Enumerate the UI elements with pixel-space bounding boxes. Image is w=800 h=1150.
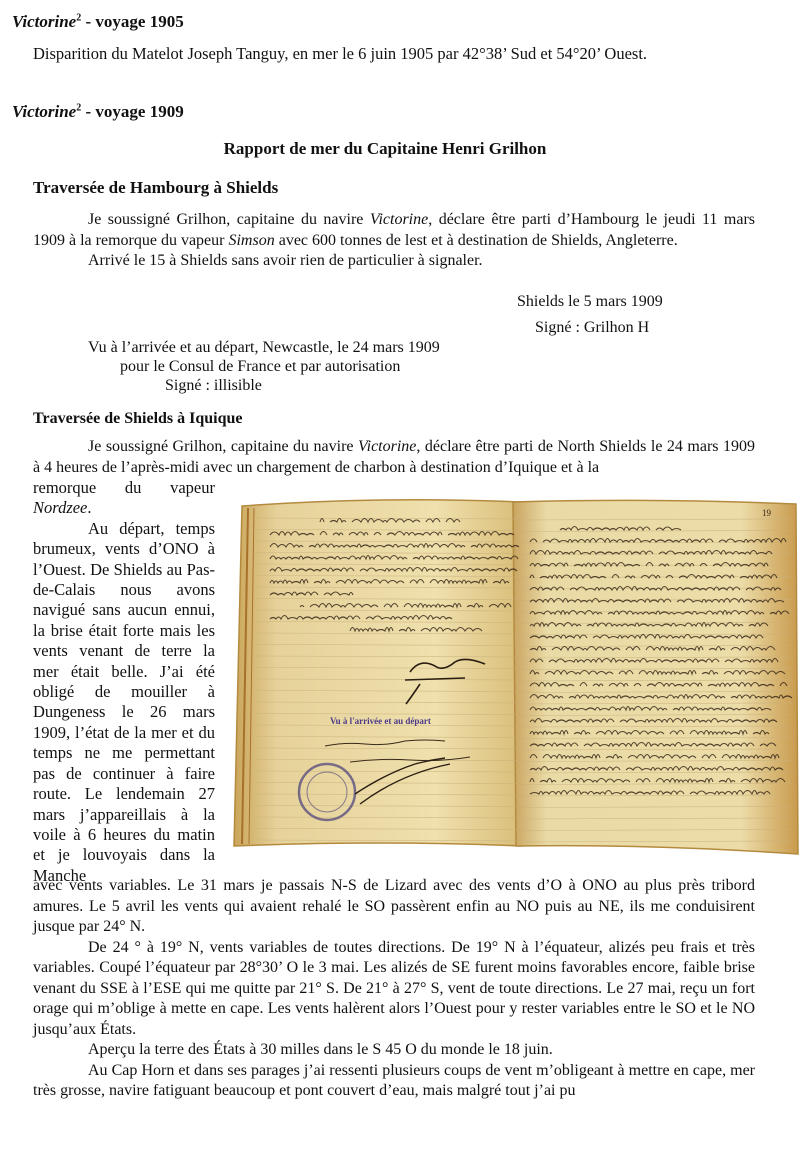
paragraph: De 24 ° à 19° N, vents variables de tout… [33, 938, 755, 1041]
paragraph: Au Cap Horn et dans ses parages j’ai res… [33, 1061, 755, 1102]
paragraph: Nordzee. [33, 498, 215, 518]
section-shields-iquique-title: Traversée de Shields à Iquique [33, 410, 243, 428]
voyage-title: - voyage 1905 [81, 12, 183, 31]
section-shields-iquique-narrow-column: remorque du vapeur Nordzee. Au départ, t… [33, 478, 215, 886]
paragraph: avec vents variables. Le 31 mars je pass… [33, 876, 755, 938]
ship-name: Victorine [12, 102, 76, 121]
visa-line-1: Vu à l’arrivée et au départ, Newcastle, … [88, 338, 440, 358]
paragraph: Aperçu la terre des États à 30 milles da… [33, 1040, 755, 1061]
section-hambourg-shields-title: Traversée de Hambourg à Shields [33, 178, 278, 198]
logbook-photo: Vu à l'arrivée et au départ 19 [230, 494, 800, 864]
voyage-title: - voyage 1909 [81, 102, 183, 121]
tug-name: Nordzee [33, 498, 87, 517]
signature-place-date: Shields le 5 mars 1909 [517, 292, 663, 312]
text: Je soussigné Grilhon, capitaine du navir… [88, 211, 370, 228]
paragraph: Je soussigné Grilhon, capitaine du navir… [33, 437, 755, 478]
page-number: 19 [762, 508, 772, 518]
text: avec 600 tonnes de lest et à destination… [275, 232, 678, 249]
paragraph: remorque du vapeur [33, 478, 215, 498]
ship-name: Victorine [12, 12, 76, 31]
signature-name: Signé : Grilhon H [535, 318, 649, 338]
ship-name: Victorine [370, 211, 428, 228]
text: . [87, 498, 91, 517]
report-title: Rapport de mer du Capitaine Henri Grilho… [0, 139, 770, 159]
visa-line-3: Signé : illisible [165, 376, 262, 396]
voyage-1905-heading: Victorine2 - voyage 1905 [12, 12, 184, 32]
tug-name: Simson [228, 232, 274, 249]
voyage-1905-text: Disparition du Matelot Joseph Tanguy, en… [33, 44, 647, 64]
paragraph: Je soussigné Grilhon, capitaine du navir… [33, 210, 755, 251]
svg-text:Vu à l'arrivée et au départ: Vu à l'arrivée et au départ [330, 716, 431, 726]
text: remorque du vapeur [33, 478, 215, 497]
section-hambourg-shields-body: Je soussigné Grilhon, capitaine du navir… [33, 210, 755, 272]
ship-name: Victorine [358, 438, 416, 455]
visa-line-2: pour le Consul de France et par autorisa… [120, 357, 400, 377]
section-shields-iquique-body: avec vents variables. Le 31 mars je pass… [33, 876, 755, 1102]
voyage-1909-heading: Victorine2 - voyage 1909 [12, 102, 184, 122]
paragraph: Au départ, temps brumeux, vents d’ONO à … [33, 519, 215, 886]
section-shields-iquique-intro: Je soussigné Grilhon, capitaine du navir… [33, 437, 755, 478]
text: Je soussigné Grilhon, capitaine du navir… [88, 438, 358, 455]
paragraph: Arrivé le 15 à Shields sans avoir rien d… [33, 251, 755, 272]
